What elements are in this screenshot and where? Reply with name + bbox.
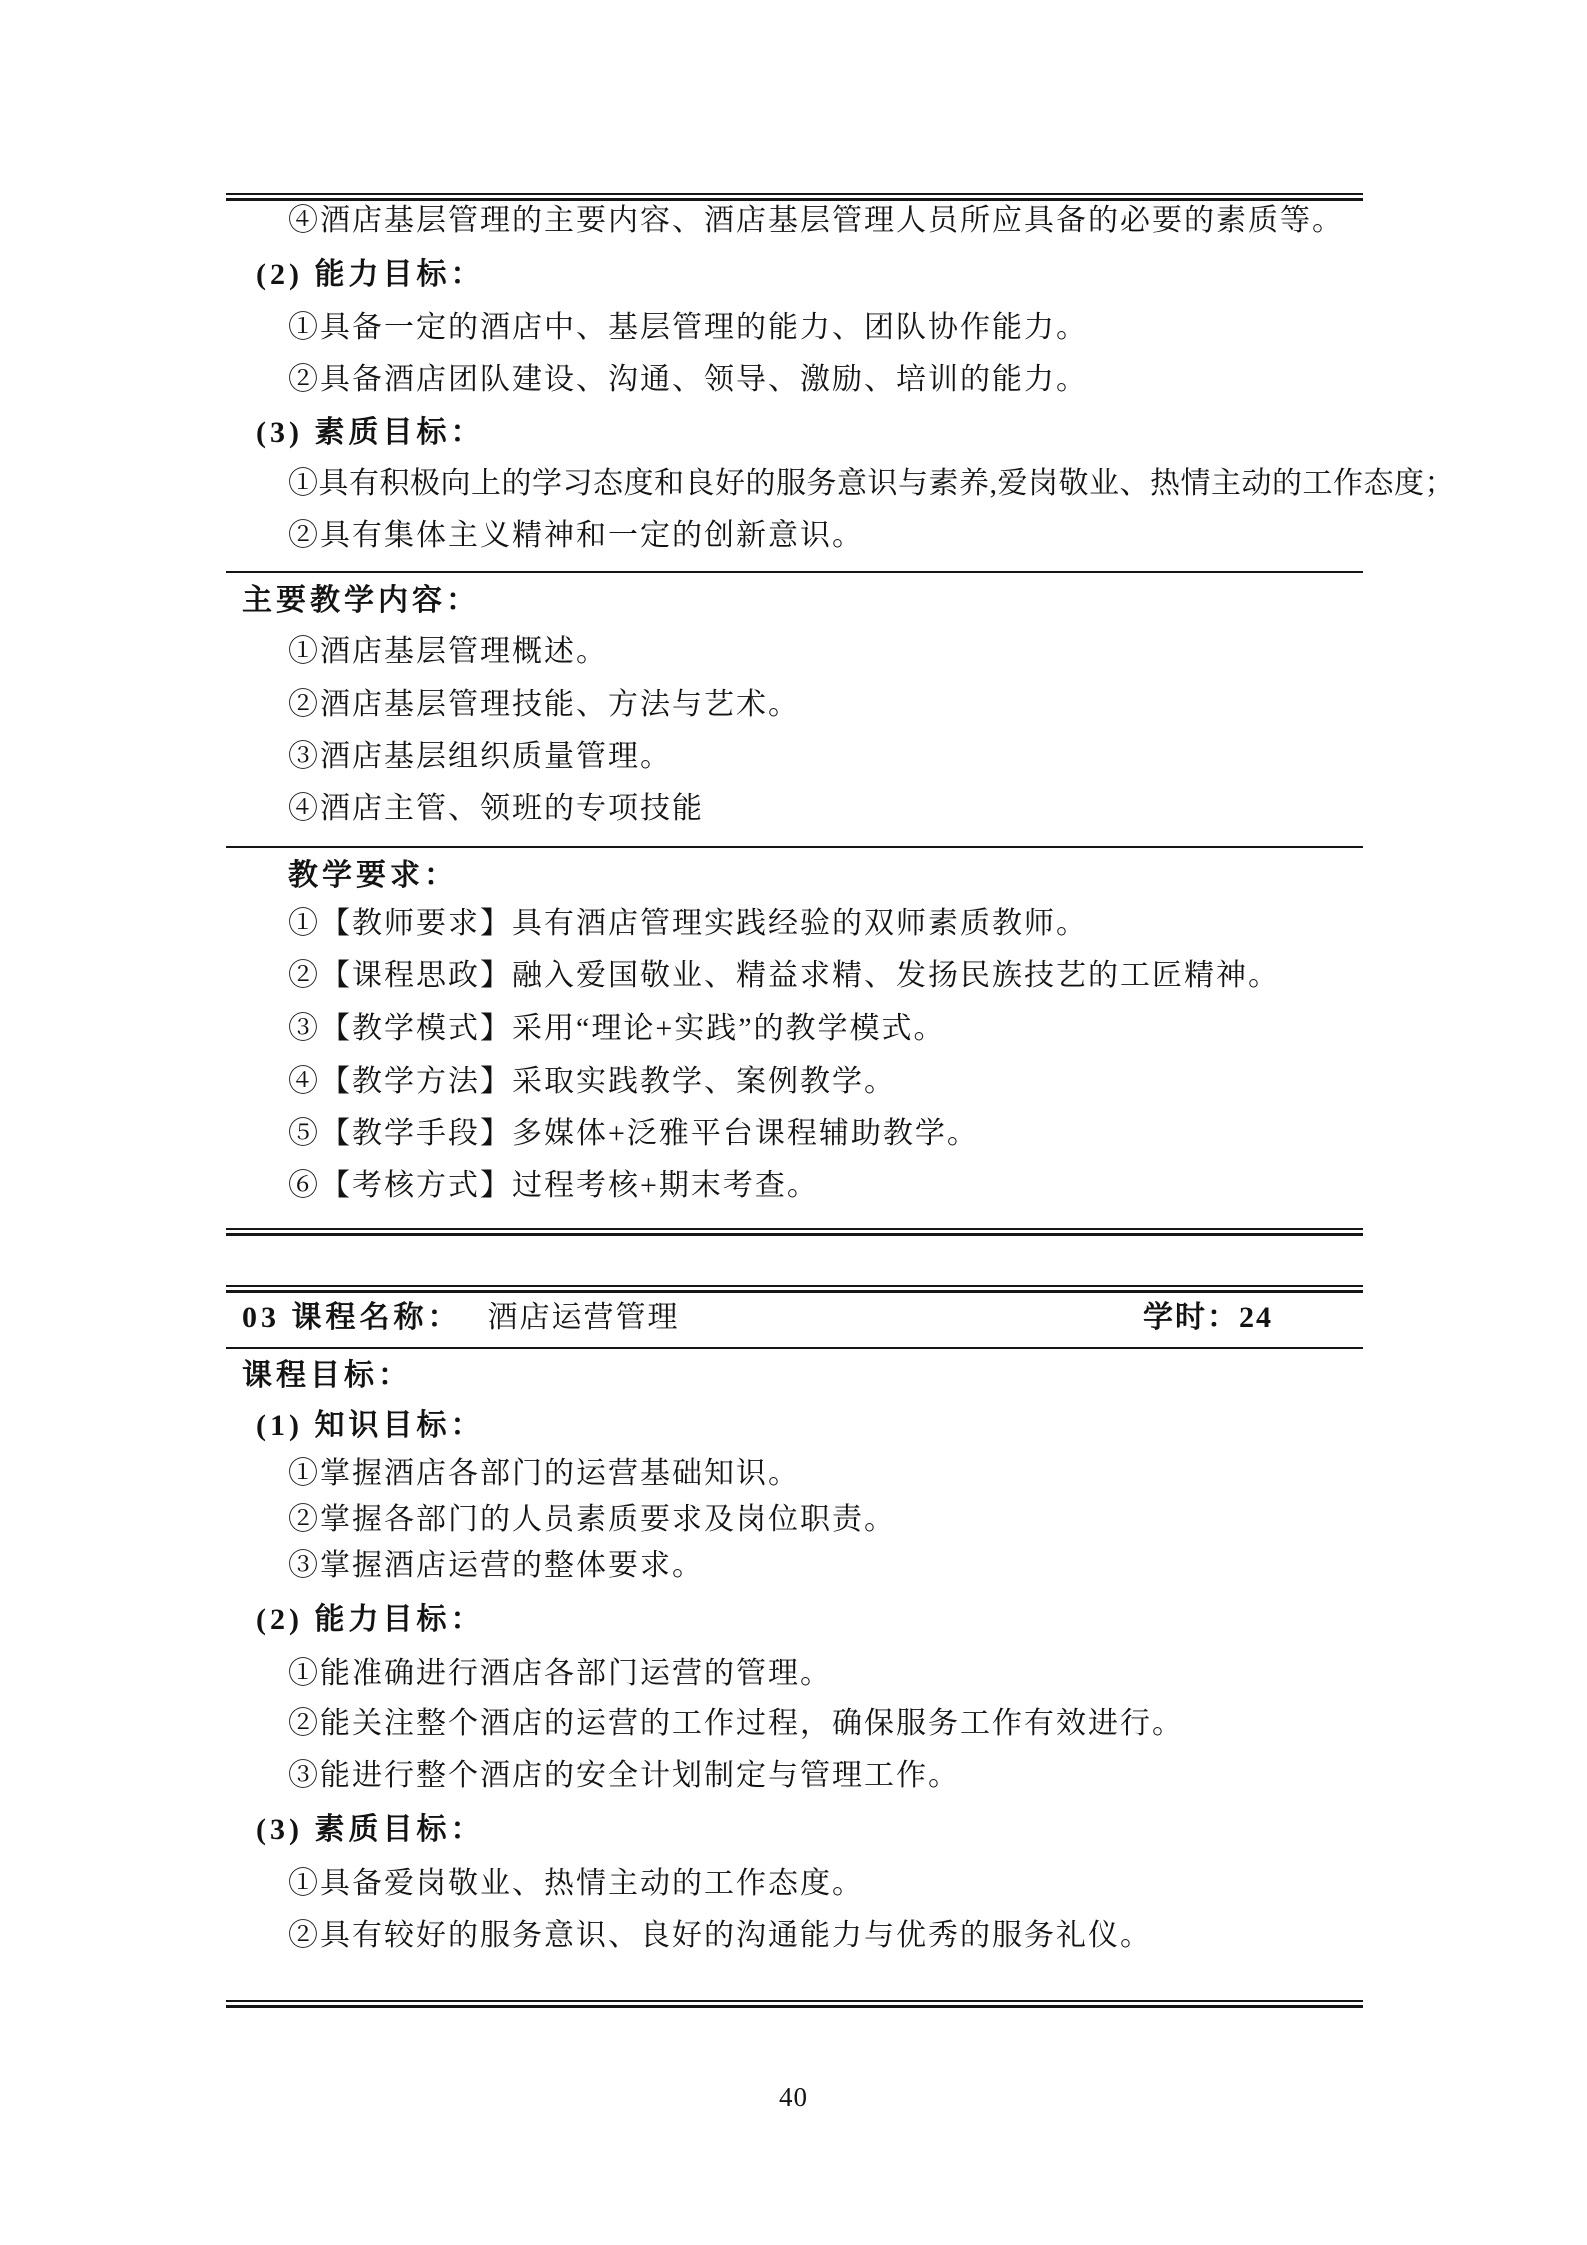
course-goal-heading: 课程目标： xyxy=(242,1358,412,1394)
course-header-row: 03 课程名称：酒店运营管理 xyxy=(242,1300,680,1336)
knowledge-goal-heading: (1) 知识目标： xyxy=(256,1408,484,1444)
ability-item: ①具备一定的酒店中、基层管理的能力、团队协作能力。 xyxy=(288,310,1088,346)
teaching-requirement-item: ⑤【教学手段】多媒体+泛雅平台课程辅助教学。 xyxy=(288,1116,979,1152)
knowledge-item-4: ④酒店基层管理的主要内容、酒店基层管理人员所应具备的必要的素质等。 xyxy=(288,203,1344,239)
course-hours: 学时：24 xyxy=(1143,1300,1273,1336)
ability-item: ②具备酒店团队建设、沟通、领导、激励、培训的能力。 xyxy=(288,362,1088,398)
ability-item: ②能关注整个酒店的运营的工作过程，确保服务工作有效进行。 xyxy=(288,1706,1184,1742)
teaching-requirement-item: ①【教师要求】具有酒店管理实践经验的双师素质教师。 xyxy=(288,906,1088,942)
knowledge-item: ①掌握酒店各部门的运营基础知识。 xyxy=(288,1456,800,1492)
teaching-content-item: ④酒店主管、领班的专项技能 xyxy=(288,791,704,827)
quality-goal-heading: (3) 素质目标： xyxy=(256,415,484,451)
teaching-content-heading: 主要教学内容： xyxy=(242,583,480,619)
knowledge-item: ②掌握各部门的人员素质要求及岗位职责。 xyxy=(288,1502,896,1538)
course-code-label: 03 课程名称： xyxy=(242,1301,462,1334)
teaching-requirement-item: ⑥【考核方式】过程考核+期末考查。 xyxy=(288,1168,819,1204)
quality-item: ①具有积极向上的学习态度和良好的服务意识与素养,爱岗敬业、热情主动的工作态度； xyxy=(288,466,1455,502)
teaching-content-item: ①酒店基层管理概述。 xyxy=(288,634,608,670)
header-rule xyxy=(226,1347,1363,1349)
teaching-requirement-item: ④【教学方法】采取实践教学、案例教学。 xyxy=(288,1064,896,1100)
teaching-requirement-item: ②【课程思政】融入爱国敬业、精益求精、发扬民族技艺的工匠精神。 xyxy=(288,958,1280,994)
table-bottom-double-rule xyxy=(226,2000,1363,2008)
hours-label: 学时： xyxy=(1143,1301,1239,1334)
teaching-requirement-item: ③【教学模式】采用“理论+实践”的教学模式。 xyxy=(288,1011,946,1047)
ability-item: ①能准确进行酒店各部门运营的管理。 xyxy=(288,1656,832,1692)
quality-goal-heading: (3) 素质目标： xyxy=(256,1812,484,1848)
teaching-content-item: ②酒店基层管理技能、方法与艺术。 xyxy=(288,687,800,723)
course-name: 酒店运营管理 xyxy=(488,1301,680,1334)
ability-item: ③能进行整个酒店的安全计划制定与管理工作。 xyxy=(288,1758,960,1794)
ability-goal-heading: (2) 能力目标： xyxy=(256,1602,484,1638)
quality-item: ①具备爱岗敬业、热情主动的工作态度。 xyxy=(288,1866,864,1902)
section-rule xyxy=(226,846,1363,848)
page-number: 40 xyxy=(0,2082,1587,2113)
quality-item: ②具有较好的服务意识、良好的沟通能力与优秀的服务礼仪。 xyxy=(288,1918,1152,1954)
ability-goal-heading: (2) 能力目标： xyxy=(256,257,484,293)
section-rule xyxy=(226,571,1363,573)
table-top-double-rule xyxy=(226,1285,1363,1293)
document-page: ④酒店基层管理的主要内容、酒店基层管理人员所应具备的必要的素质等。 (2) 能力… xyxy=(0,0,1587,2245)
table-top-double-rule xyxy=(226,193,1363,201)
table-bottom-double-rule xyxy=(226,1228,1363,1236)
teaching-content-item: ③酒店基层组织质量管理。 xyxy=(288,739,672,775)
teaching-requirements-heading: 教学要求： xyxy=(288,858,458,894)
quality-item: ②具有集体主义精神和一定的创新意识。 xyxy=(288,518,864,554)
knowledge-item: ③掌握酒店运营的整体要求。 xyxy=(288,1548,704,1584)
hours-value: 24 xyxy=(1239,1301,1273,1334)
